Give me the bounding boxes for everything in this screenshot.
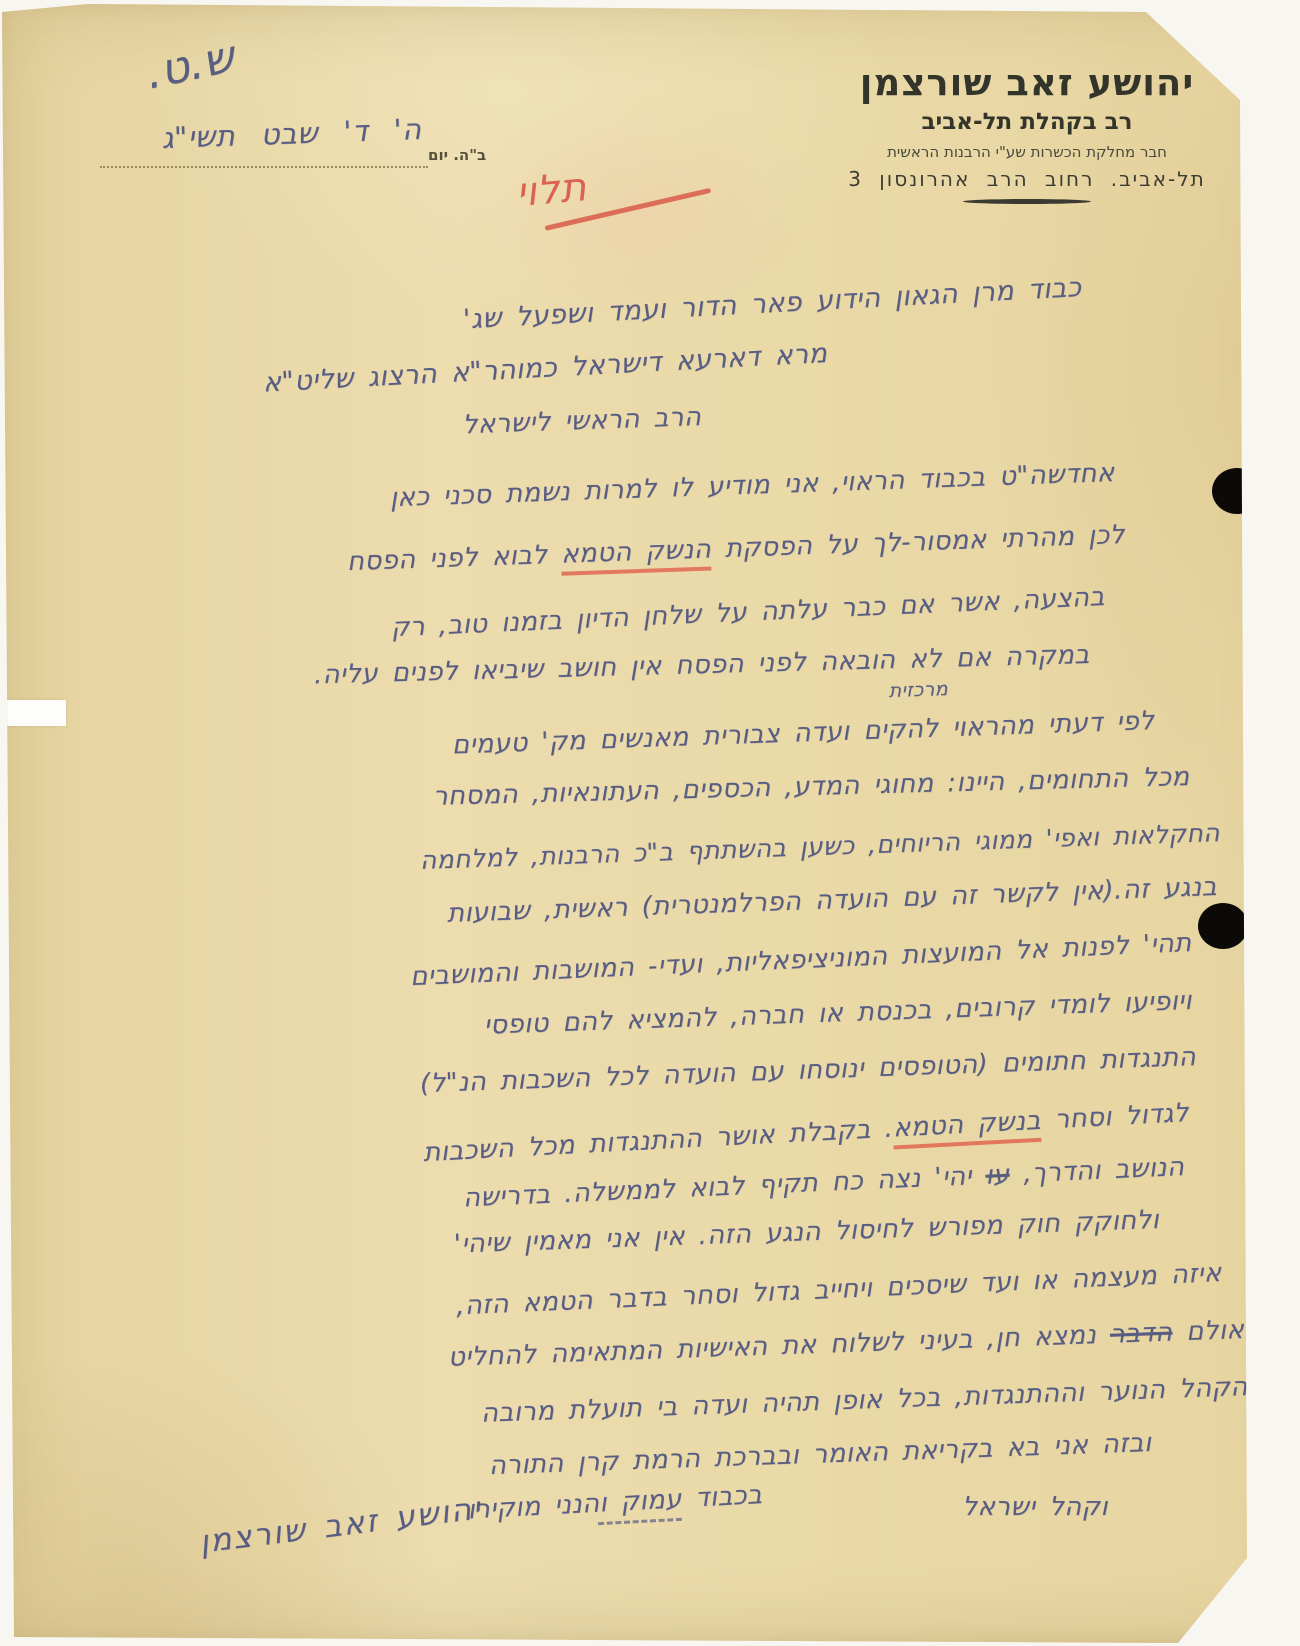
- letter-paper: יהושע זאב שורצמן רב בקהלת תל-אביב חבר מח…: [0, 0, 1300, 1646]
- body-line-text: נמצא חן, בעיני לשלוח את האישיות המתאימה …: [448, 1320, 1111, 1373]
- body-line: ובזה אני בא בקריאת האומר ובברכת הרמת קרן…: [488, 1428, 1152, 1481]
- corner-initials: ש.ט.: [141, 31, 239, 99]
- body-line-text: הנושב והדרך,: [1009, 1152, 1185, 1190]
- letterhead-role: חבר מחלקת הכשרות שע"י הרבנות הראשית: [812, 143, 1242, 161]
- body-line: החקלאות ואפי' ממוגי הריוחים, כשען בהשתתף…: [419, 818, 1220, 875]
- tape-patch: [0, 700, 66, 726]
- body-line: אולם הדבר נמצא חן, בעיני לשלוח את האישיו…: [448, 1315, 1245, 1373]
- salutation-line: כבוד מרן הגאון הידוע פאר הדור ועמד ושפעל…: [462, 272, 1082, 335]
- printed-date-prefix: ב"ה. יום: [428, 146, 486, 164]
- red-underlined-phrase: בנשק הטמא: [893, 1106, 1043, 1150]
- body-line-text: . בקבלת אושר ההתנגדות מכל השכבות: [423, 1114, 894, 1169]
- body-line: מכל התחומים, היינו: מחוגי המדע, הכספים, …: [433, 762, 1190, 812]
- red-note: תלוי: [514, 164, 588, 216]
- salutation-line: מרא דארעא דישראל כמוהר"א הרצוג שליט"א: [262, 338, 828, 399]
- struck-word: הדבר: [1110, 1318, 1174, 1350]
- date-dotted-line: [100, 165, 428, 168]
- letterhead-name: יהושע זאב שורצמן: [812, 62, 1242, 105]
- closing-center: בכבוד עמוק והנני מוקירו: [467, 1480, 763, 1525]
- red-underlined-phrase: הנשק הטמא: [560, 534, 711, 575]
- body-line: לפי דעתי מהראוי להקים ועדה צבורית מאנשים…: [451, 706, 1155, 761]
- hole-punch: [1198, 903, 1248, 949]
- body-line: אחדשה"ט בכבוד הראוי, אני מודיע לו למרות …: [389, 458, 1115, 513]
- body-line: ויופיעו לומדי קרובים, בכנסת או חברה, להמ…: [483, 986, 1192, 1041]
- body-line: התנגדות חתומים (הטופסים ינוסחו עם הועדה …: [419, 1042, 1196, 1099]
- closing-right: וקהל ישראל: [962, 1492, 1108, 1522]
- scanned-letter-page: { "page":{"background":"#f7f6f1","paper_…: [0, 0, 1300, 1646]
- struck-word: עו: [985, 1160, 1010, 1191]
- body-line-text: לגדול וסחר: [1041, 1098, 1190, 1136]
- hole-punch: [1212, 468, 1262, 514]
- letterhead-divider: [963, 199, 1091, 204]
- body-line: הנושב והדרך, עו יהי' נצה כח תקיף לבוא למ…: [462, 1152, 1185, 1213]
- body-line: בנגע זה.(אין לקשר זה עם הועדה הפרלמנטרית…: [447, 872, 1218, 929]
- handwritten-date: ה' ד' שבט תשי"ג: [101, 112, 422, 157]
- closing-dashed-underline: [598, 1518, 682, 1525]
- body-line: תהי' לפנות אל המועצות המוניציפאליות, ועד…: [409, 928, 1192, 992]
- body-line: בהצעה, אשר אם כבר עלתה על שלחן הדיון בזמ…: [390, 582, 1105, 643]
- signature: יהושע זאב שורצמן: [198, 1490, 484, 1560]
- letterhead-title: רב בקהלת תל-אביב: [812, 109, 1242, 135]
- body-line: ולחוקק חוק מפורש לחיסול הנגע הזה. אין אנ…: [454, 1205, 1160, 1260]
- body-line-text: יהי' נצה כח תקיף לבוא לממשלה. בדרישה: [462, 1161, 986, 1214]
- letterhead: יהושע זאב שורצמן רב בקהלת תל-אביב חבר מח…: [812, 62, 1242, 204]
- body-line: לכן מהרתי אמסור-לך על הפסקת הנשק הטמא לב…: [346, 520, 1125, 577]
- body-line-text: לכן מהרתי אמסור-לך על הפסקת: [710, 520, 1125, 564]
- body-line: איזה מעצמה או ועד שיסכים ויחייב גדול וסח…: [455, 1258, 1222, 1321]
- inserted-word: מרכזית: [888, 678, 948, 702]
- body-line: במקרה אם לא הובאה לפני הפסח אין חושב שיב…: [313, 640, 1090, 690]
- body-line-text: אולם: [1172, 1315, 1245, 1347]
- body-line-text: לבוא לפני הפסח: [346, 540, 561, 577]
- letterhead-address: תל-אביב. רחוב הרב אהרונסון 3: [812, 167, 1242, 191]
- salutation-line: הרב הראשי לישראל: [462, 402, 702, 440]
- body-line: הקהל הנוער וההתנגדות, בכל אופן תהיה ועדה…: [480, 1372, 1248, 1429]
